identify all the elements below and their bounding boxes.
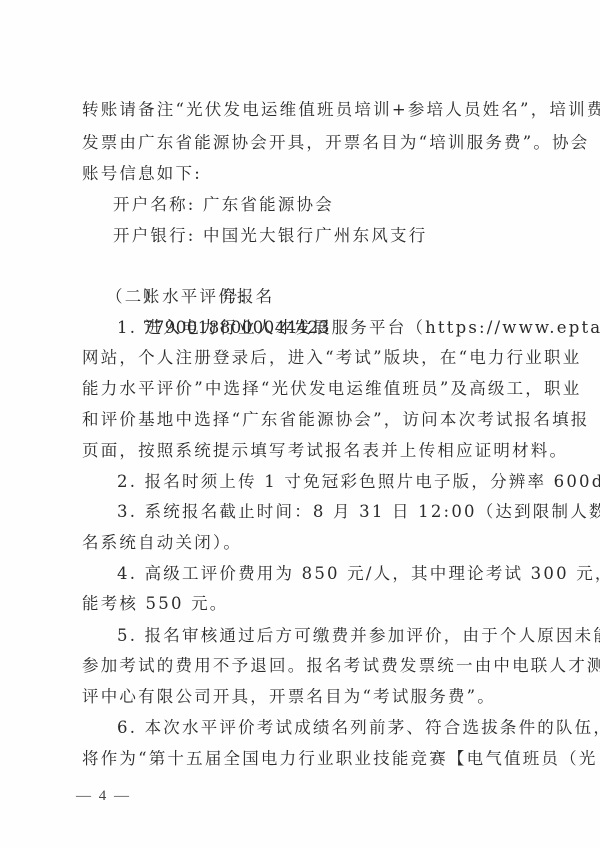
account-bank-row: 开户银行: 中国光大银行广州东风支行 — [113, 220, 538, 251]
item-3-line-1: 3. 系统报名截止时间：8 月 31 日 12:00（达到限制人数时报 — [117, 496, 538, 527]
account-bank-value: 中国光大银行广州东风支行 — [203, 226, 427, 245]
item-5-line-1: 5. 报名审核通过后方可缴费并参加评价，由于个人原因未能 — [117, 620, 538, 651]
account-name-row: 开户名称: 广东省能源协会 — [113, 189, 538, 220]
item-3-line-2: 名系统自动关闭）。 — [82, 527, 538, 558]
item-1-line-1: 1. 进入电力行业人才发展服务平台（https://www.epta.org.c… — [117, 312, 538, 343]
item-1-line-2: 网站，个人注册登录后，进入“考试”版块，在“电力行业职业 — [82, 342, 538, 373]
document-page: 转账请备注“光伏发电运维值班员培训+参培人员姓名”，培训费 发票由广东省能源协会… — [0, 0, 600, 848]
item-2-line-1: 2. 报名时须上传 1 寸免冠彩色照片电子版，分辨率 600dpi。 — [117, 466, 538, 497]
item-1-line-5: 页面，按照系统提示填写考试报名表并上传相应证明材料。 — [82, 435, 538, 466]
item-1-line-4: 和评价基地中选择“广东省能源协会”，访问本次考试报名填报 — [82, 404, 538, 435]
item-4-line-2: 能考核 550 元。 — [82, 588, 538, 619]
item-4-line-1: 4. 高级工评价费用为 850 元/人，其中理论考试 300 元，技 — [117, 558, 538, 589]
item-5-line-2: 参加考试的费用不予退回。报名考试费发票统一由中电联人才测 — [82, 650, 538, 681]
item-5-line-3: 评中心有限公司开具，开票名目为“考试服务费”。 — [82, 681, 538, 712]
page-number: — 4 — — [76, 788, 131, 805]
account-bank-label: 开户银行: — [113, 226, 196, 245]
item-6-line-1: 6. 本次水平评价考试成绩名列前茅、符合选拔条件的队伍， — [117, 712, 538, 743]
payment-remark-line-1: 转账请备注“光伏发电运维值班员培训+参培人员姓名”，培训费 — [82, 94, 538, 125]
item-1-line-3: 能力水平评价”中选择“光伏发电运维值班员”及高级工，职业 — [82, 373, 538, 404]
payment-remark-line-2: 发票由广东省能源协会开具，开票名目为“培训服务费”。协会 — [82, 127, 538, 158]
section-heading: （二）水平评价报名 — [106, 281, 562, 312]
account-name-value: 广东省能源协会 — [203, 195, 334, 214]
payment-remark-line-3: 账号信息如下: — [82, 158, 538, 189]
account-number-row: 账 号: 77900188000044423 — [113, 250, 538, 281]
account-name-label: 开户名称: — [113, 195, 196, 214]
item-6-line-2: 将作为“第十五届全国电力行业职业技能竞赛【电气值班员（光 — [82, 743, 538, 774]
